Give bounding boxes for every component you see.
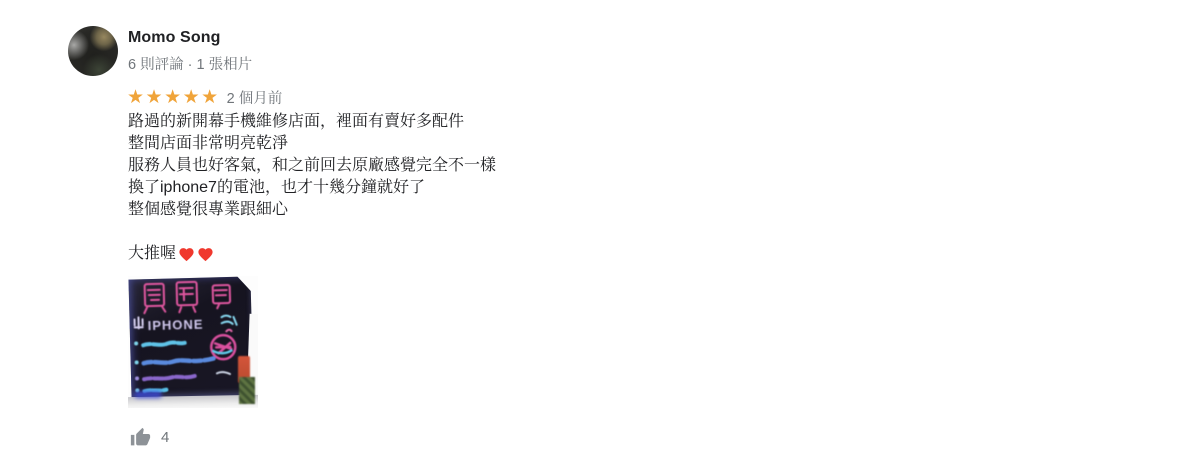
rating-row: ★★★★★ 2 個月前 — [127, 87, 282, 108]
review-line: 整間店面非常明亮乾淨 — [128, 133, 496, 155]
chalkboard-text: IPHONE — [147, 317, 203, 333]
review-card: Momo Song 6 則評論 · 1 張相片 ★★★★★ 2 個月前 路過的新… — [0, 0, 1200, 472]
like-count: 4 — [161, 429, 169, 446]
review-closing-line: 大推喔 — [128, 243, 496, 265]
review-blank-line — [128, 221, 496, 243]
photo-blue-light — [134, 391, 162, 398]
review-line: 路過的新開幕手機維修店面，裡面有賣好多配件 — [128, 111, 496, 133]
heart-icon — [197, 246, 214, 263]
photo-wall-corner — [235, 276, 258, 302]
closing-text: 大推喔 — [128, 243, 176, 265]
photo-plant — [239, 377, 255, 404]
author-stats: 6 則評論 · 1 張相片 — [128, 53, 252, 74]
review-line: 換了iphone7的電池，也才十幾分鐘就好了 — [128, 177, 496, 199]
review-date: 2 個月前 — [227, 87, 283, 108]
author-name[interactable]: Momo Song — [128, 29, 220, 47]
heart-icon — [178, 246, 195, 263]
review-line: 整個感覺很專業跟細心 — [128, 199, 496, 221]
review-line: 服務人員也好客氣，和之前回去原廠感覺完全不一樣 — [128, 155, 496, 177]
review-body: 路過的新開幕手機維修店面，裡面有賣好多配件 整間店面非常明亮乾淨 服務人員也好客… — [128, 111, 496, 265]
avatar[interactable] — [68, 26, 118, 76]
star-rating-icon: ★★★★★ — [127, 87, 220, 108]
review-photo-thumbnail[interactable]: IPHONE — [128, 276, 258, 408]
thumbs-up-icon[interactable] — [130, 427, 151, 448]
like-button[interactable]: 4 — [130, 427, 169, 448]
